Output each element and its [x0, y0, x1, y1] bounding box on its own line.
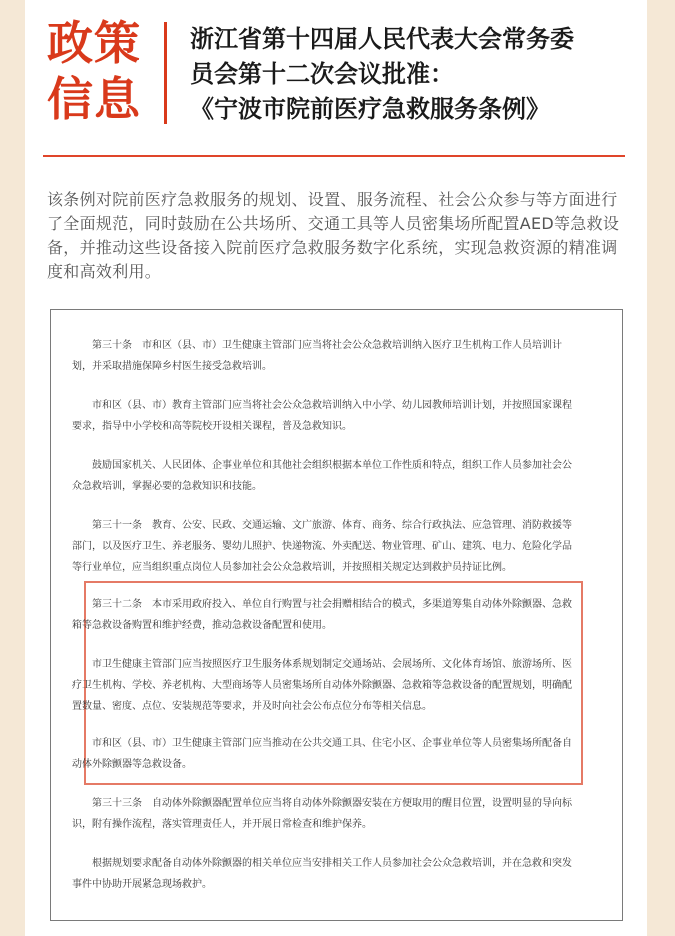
doc-paragraph: 市和区（县、市）教育主管部门应当将社会公众急救培训纳入中小学、幼儿园教师培训计划…	[72, 395, 572, 437]
title-line-3: 《宁波市院前医疗急救服务条例》	[190, 92, 630, 127]
doc-paragraph: 第三十条 市和区（县、市）卫生健康主管部门应当将社会公众急救培训纳入医疗卫生机构…	[72, 335, 572, 377]
doc-paragraph-highlighted: 第三十二条 本市采用政府投入、单位自行购置与社会捐赠相结合的模式，多渠道筹集自动…	[72, 594, 572, 636]
title-line-2: 员会第十二次会议批准：	[190, 57, 630, 92]
doc-paragraph: 第三十一条 教育、公安、民政、交通运输、文广旅游、体育、商务、综合行政执法、应急…	[72, 515, 572, 578]
header-divider	[43, 155, 625, 157]
doc-paragraph: 鼓励国家机关、人民团体、企事业单位和其他社会组织根据本单位工作性质和特点，组织工…	[72, 455, 572, 497]
brand-line-2: 信息	[47, 71, 157, 127]
doc-paragraph-highlighted: 市卫生健康主管部门应当按照医疗卫生服务体系规划制定交通场站、会展场所、文化体育场…	[72, 654, 572, 717]
page-title: 浙江省第十四届人民代表大会常务委 员会第十二次会议批准： 《宁波市院前医疗急救服…	[190, 22, 630, 127]
intro-paragraph: 该条例对院前医疗急救服务的规划、设置、服务流程、社会公众参与等方面进行了全面规范…	[47, 188, 627, 284]
title-line-1: 浙江省第十四届人民代表大会常务委	[190, 22, 630, 57]
doc-paragraph-highlighted: 市和区（县、市）卫生健康主管部门应当推动在公共交通工具、住宅小区、企事业单位等人…	[72, 733, 572, 775]
doc-paragraph: 第三十三条 自动体外除颤器配置单位应当将自动体外除颤器安装在方便取用的醒目位置，…	[72, 793, 572, 835]
brand-line-1: 政策	[47, 15, 157, 71]
section-brand: 政策 信息	[47, 15, 157, 127]
vertical-divider	[164, 22, 167, 124]
doc-paragraph: 根据规划要求配备自动体外除颤器的相关单位应当安排相关工作人员参加社会公众急救培训…	[72, 853, 572, 895]
